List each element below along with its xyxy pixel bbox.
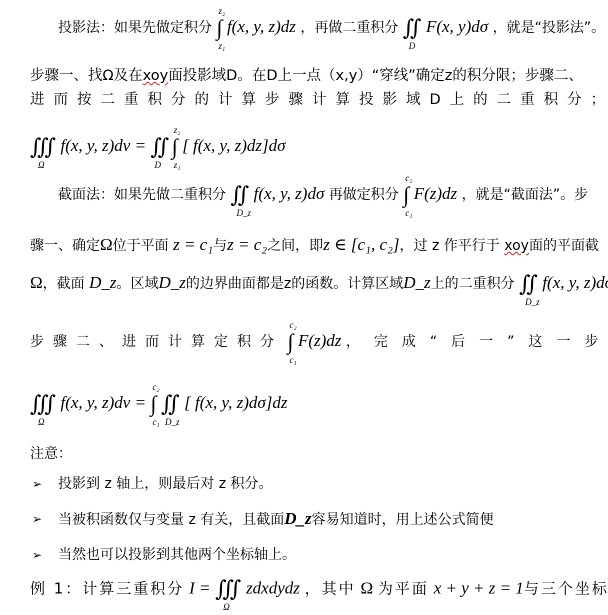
projection-label: 投影法：如果先做定积分	[58, 20, 212, 36]
double-integral-sign: ∬D	[403, 17, 422, 39]
integrand-fxyz-dz: f(x, y, z)dz	[227, 17, 296, 36]
section-step2-integral-line: 步骤二、进而计算定积分 ∫c₂c₁ F(z)dz ，完成“后一”这一步，	[30, 331, 608, 353]
projection-formula: ∭Ω f(x, y, z)dv = ∬D ∫z₂z₁ [ f(x, y, z)d…	[30, 136, 285, 158]
section-label: 截面法：如果先做二重积分	[58, 187, 226, 203]
integrand-Fxy-dsigma: F(x, y)dσ	[426, 17, 488, 36]
projection-mid-text: ，再做二重积分	[300, 20, 398, 36]
projection-step2-line: 进而按二重积分的计算步骤计算投影域D上的二重积分；步骤三、	[30, 91, 608, 109]
projection-end-text: ，就是“投影法”。	[493, 20, 606, 36]
section-step2-line: Ω，截面 D_z。区域D_z的边界曲面都是z的函数。计算区域D_z上的二重积分 …	[30, 273, 608, 295]
bullet-arrow-icon: ➢	[32, 475, 42, 493]
section-step1-line: 骤一、确定Ω位于平面 z = c₁与z = c₂之间，即z ∈ [c₁, c₂]…	[30, 236, 599, 255]
definite-integral-sign: ∫z₂z₁	[216, 17, 222, 39]
example-1-line: 例 1：计算三重积分 I = ∭Ω zdxdydz ，其中 Ω 为平面 x + …	[30, 578, 608, 600]
section-method-line: 截面法：如果先做二重积分 ∬D_z f(x, y, z)dσ 再做定积分 ∫c₂…	[58, 184, 588, 206]
projection-step1-line: 步骤一、找Ω及在xoy面投影域D。在D上一点（x,y）“穿线”确定z的积分限；步…	[30, 67, 583, 85]
xoy-spellcheck: xoy	[143, 68, 169, 84]
bullet-arrow-icon: ➢	[32, 510, 42, 528]
section-formula: ∭Ω f(x, y, z)dv = ∫c₂c₁ ∬D_z [ f(x, y, z…	[30, 393, 287, 415]
bullet-arrow-icon: ➢	[32, 546, 42, 564]
notes-title: 注意：	[30, 445, 72, 463]
projection-method-line: 投影法：如果先做定积分 ∫z₂z₁ f(x, y, z)dz ，再做二重积分 ∬…	[58, 17, 605, 39]
